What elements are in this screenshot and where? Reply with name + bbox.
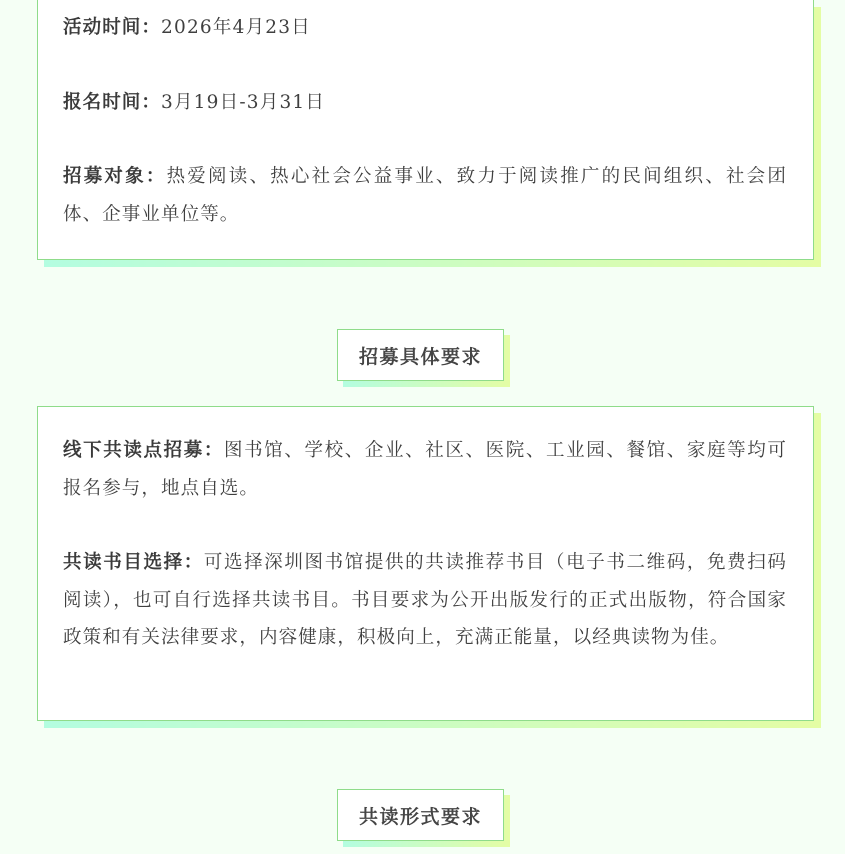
recruit-target-label: 招募对象：	[63, 166, 167, 187]
recruit-requirements-title: 招募具体要求	[337, 329, 504, 381]
registration-time-label: 报名时间：	[63, 92, 161, 113]
activity-time-label: 活动时间：	[63, 17, 161, 38]
registration-time-value: 3月19日-3月31日	[161, 92, 325, 113]
recruit-target-row: 招募对象：热爱阅读、热心社会公益事业、致力于阅读推广的民间组织、社会团体、企事业…	[63, 158, 787, 233]
recruit-requirements-card: 线下共读点招募：图书馆、学校、企业、社区、医院、工业园、餐馆、家庭等均可报名参与…	[37, 406, 814, 721]
book-selection-row: 共读书目选择：可选择深圳图书馆提供的共读推荐书目（电子书二维码，免费扫码阅读），…	[63, 544, 787, 657]
recruit-target-value: 热爱阅读、热心社会公益事业、致力于阅读推广的民间组织、社会团体、企事业单位等。	[63, 166, 787, 225]
reading-format-title: 共读形式要求	[337, 789, 504, 841]
activity-time-value: 2026年4月23日	[161, 17, 311, 38]
registration-time-row: 报名时间：3月19日-3月31日	[63, 84, 787, 122]
book-selection-label: 共读书目选择：	[63, 552, 204, 573]
activity-time-row: 活动时间：2026年4月23日	[63, 9, 787, 47]
offline-points-row: 线下共读点招募：图书馆、学校、企业、社区、医院、工业园、餐馆、家庭等均可报名参与…	[63, 432, 787, 507]
event-info-card: 活动时间：2026年4月23日 报名时间：3月19日-3月31日 招募对象：热爱…	[37, 0, 814, 260]
offline-points-label: 线下共读点招募：	[63, 440, 224, 461]
